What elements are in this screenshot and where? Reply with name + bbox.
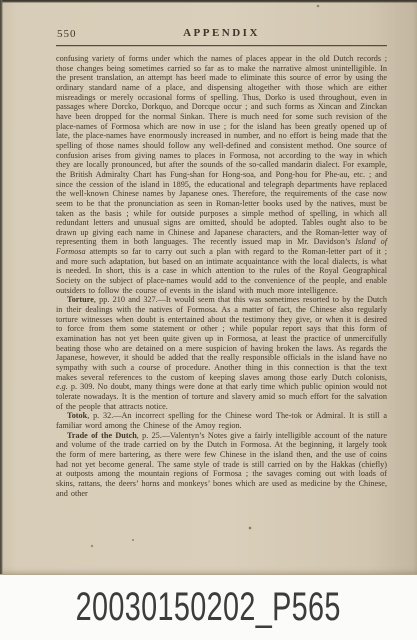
page-top-edge: [0, 0, 417, 3]
page-title: APPENDIX: [56, 27, 387, 39]
page-left-edge: [0, 0, 3, 574]
text-segment: attempts so far to carry out such a plan…: [56, 247, 387, 295]
text-segment: , p. 32.—An incorrect spelling for the C…: [56, 411, 387, 430]
text-segment: Torture: [67, 295, 94, 304]
header-rule: [56, 45, 387, 46]
book-page: 550 APPENDIX confusing variety of forms …: [0, 0, 417, 575]
text-segment: e.g.: [56, 382, 68, 391]
paragraph: Totok, p. 32.—An incorrect spelling for …: [56, 411, 387, 430]
page-number: 550: [57, 28, 77, 40]
page-header: 550 APPENDIX: [56, 27, 387, 42]
page-content: 550 APPENDIX confusing variety of forms …: [56, 27, 387, 498]
footer-band: 20030150202_P565: [0, 575, 417, 640]
text-segment: Totok: [67, 411, 87, 420]
text-segment: Trade of the Dutch: [67, 431, 137, 440]
paragraph: Torture, pp. 210 and 327.—It would seem …: [56, 295, 387, 411]
scanned-document: 550 APPENDIX confusing variety of forms …: [0, 0, 417, 640]
text-segment: , pp. 210 and 327.—It would seem that th…: [56, 295, 387, 381]
paragraph: Trade of the Dutch, p. 25.—Valentyn’s No…: [56, 431, 387, 499]
text-segment: , p. 25.—Valentyn’s Notes give a fairly …: [56, 431, 387, 498]
body-text: confusing variety of forms under which t…: [56, 54, 387, 498]
catalog-number: 20030150202_P565: [76, 585, 341, 630]
text-segment: p. 309. No doubt, many things were done …: [56, 382, 387, 410]
paragraph: confusing variety of forms under which t…: [56, 54, 387, 295]
text-segment: confusing variety of forms under which t…: [56, 54, 387, 246]
